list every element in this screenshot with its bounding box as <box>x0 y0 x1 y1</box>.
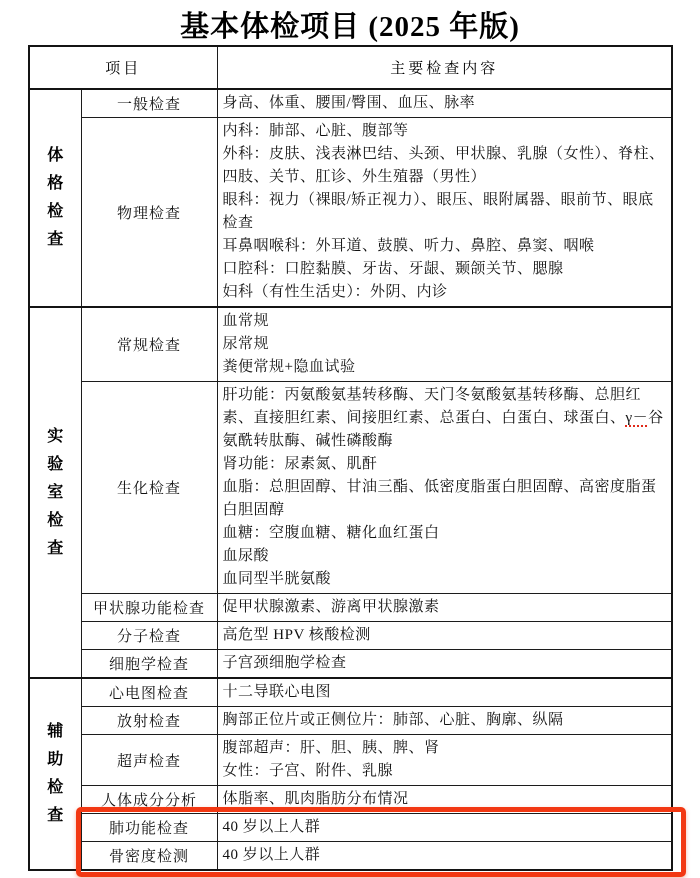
table-row: 分子检查 高危型 HPV 核酸检测 <box>29 622 672 650</box>
header-cell-content: 主要检查内容 <box>217 46 672 89</box>
table-row: 辅助检查 心电图检查 十二导联心电图 <box>29 678 672 707</box>
spellcheck-underline-gamma: γ－ <box>626 410 649 426</box>
content-ultrasound: 腹部超声：肝、胆、胰、脾、肾 女性：子宫、附件、乳腺 <box>217 735 672 786</box>
header-cell-item: 项目 <box>29 46 217 89</box>
row-label-ecg: 心电图检查 <box>81 678 217 707</box>
table-row: 肺功能检查 40 岁以上人群 <box>29 814 672 842</box>
content-thyroid-function: 促甲状腺激素、游离甲状腺激素 <box>217 594 672 622</box>
table-row: 细胞学检查 子宫颈细胞学检查 <box>29 650 672 679</box>
content-line: 外科：皮肤、浅表淋巴结、头颈、甲状腺、乳腺（女性）、脊柱、四肢、关节、肛诊、外生… <box>223 143 667 189</box>
content-line: 促甲状腺激素、游离甲状腺激素 <box>223 596 667 619</box>
row-label-pulmonary-function: 肺功能检查 <box>81 814 217 842</box>
content-line: 眼科：视力（裸眼/矫正视力）、眼压、眼附属器、眼前节、眼底检查 <box>223 189 667 235</box>
content-pulmonary-function: 40 岁以上人群 <box>217 814 672 842</box>
content-body-composition: 体脂率、肌肉脂肪分布情况 <box>217 786 672 814</box>
content-line: 女性：子宫、附件、乳腺 <box>223 760 667 783</box>
content-line: 妇科（有性生活史）：外阴、内诊 <box>223 281 667 304</box>
content-line-liver: 肝功能：丙氨酸氨基转移酶、天门冬氨酸氨基转移酶、总胆红素、直接胆红素、间接胆红素… <box>223 384 667 453</box>
content-line: 40 岁以上人群 <box>223 816 667 839</box>
row-label-ultrasound: 超声检查 <box>81 735 217 786</box>
content-cytology-test: 子宫颈细胞学检查 <box>217 650 672 679</box>
table-row: 骨密度检测 40 岁以上人群 <box>29 842 672 871</box>
content-line: 尿常规 <box>223 333 667 356</box>
content-line: 体脂率、肌肉脂肪分布情况 <box>223 788 667 811</box>
category-label: 辅助检查 <box>46 718 64 830</box>
row-label-thyroid-function: 甲状腺功能检查 <box>81 594 217 622</box>
content-line: 40 岁以上人群 <box>223 844 667 867</box>
content-line: 十二导联心电图 <box>223 681 667 704</box>
table-row: 超声检查 腹部超声：肝、胆、胰、脾、肾 女性：子宫、附件、乳腺 <box>29 735 672 786</box>
row-label-physical-check: 物理检查 <box>81 118 217 308</box>
content-line: 粪便常规+隐血试验 <box>223 356 667 379</box>
category-cell-laboratory: 实验室检查 <box>29 307 81 678</box>
page-title: 基本体检项目 (2025 年版) <box>0 4 700 45</box>
table-row: 甲状腺功能检查 促甲状腺激素、游离甲状腺激素 <box>29 594 672 622</box>
content-line: 胸部正位片或正侧位片：肺部、心脏、胸廓、纵隔 <box>223 709 667 732</box>
content-radiology: 胸部正位片或正侧位片：肺部、心脏、胸廓、纵隔 <box>217 707 672 735</box>
content-line: 身高、体重、腰围/臀围、血压、脉率 <box>223 92 667 115</box>
row-label-routine-tests: 常规检查 <box>81 307 217 382</box>
table-header-row: 项目 主要检查内容 <box>29 46 672 89</box>
table-row: 生化检查 肝功能：丙氨酸氨基转移酶、天门冬氨酸氨基转移酶、总胆红素、直接胆红素、… <box>29 382 672 594</box>
content-general-exam: 身高、体重、腰围/臀围、血压、脉率 <box>217 89 672 118</box>
category-cell-physical-exam: 体格检查 <box>29 89 81 307</box>
category-cell-auxiliary: 辅助检查 <box>29 678 81 870</box>
content-line: 血脂：总胆固醇、甘油三酯、低密度脂蛋白胆固醇、高密度脂蛋白胆固醇 <box>223 476 667 522</box>
table-row: 实验室检查 常规检查 血常规 尿常规 粪便常规+隐血试验 <box>29 307 672 382</box>
liver-pre-text: 肝功能：丙氨酸氨基转移酶、天门冬氨酸氨基转移酶、总胆红素、直接胆红素、间接胆红素… <box>223 387 642 426</box>
exam-table: 项目 主要检查内容 体格检查 一般检查 身高、体重、腰围/臀围、血压、脉率 物理… <box>28 45 673 871</box>
table-row: 放射检查 胸部正位片或正侧位片：肺部、心脏、胸廓、纵隔 <box>29 707 672 735</box>
content-line: 血同型半胱氨酸 <box>223 568 667 591</box>
row-label-radiology: 放射检查 <box>81 707 217 735</box>
content-line: 血常规 <box>223 310 667 333</box>
content-line: 口腔科：口腔黏膜、牙齿、牙龈、颞颌关节、腮腺 <box>223 258 667 281</box>
content-line: 肾功能：尿素氮、肌酐 <box>223 453 667 476</box>
content-line: 高危型 HPV 核酸检测 <box>223 624 667 647</box>
row-label-general-exam: 一般检查 <box>81 89 217 118</box>
content-physical-check: 内科：肺部、心脏、腹部等 外科：皮肤、浅表淋巴结、头颈、甲状腺、乳腺（女性）、脊… <box>217 118 672 308</box>
row-label-body-composition: 人体成分分析 <box>81 786 217 814</box>
table-row: 体格检查 一般检查 身高、体重、腰围/臀围、血压、脉率 <box>29 89 672 118</box>
row-label-cytology-test: 细胞学检查 <box>81 650 217 679</box>
content-line: 内科：肺部、心脏、腹部等 <box>223 120 667 143</box>
content-line: 血糖：空腹血糖、糖化血红蛋白 <box>223 522 667 545</box>
content-line: 子宫颈细胞学检查 <box>223 652 667 675</box>
content-routine-tests: 血常规 尿常规 粪便常规+隐血试验 <box>217 307 672 382</box>
table-row: 人体成分分析 体脂率、肌肉脂肪分布情况 <box>29 786 672 814</box>
content-bone-density: 40 岁以上人群 <box>217 842 672 871</box>
category-label: 实验室检查 <box>46 423 64 563</box>
content-line: 腹部超声：肝、胆、胰、脾、肾 <box>223 737 667 760</box>
row-label-bone-density: 骨密度检测 <box>81 842 217 871</box>
content-molecular-test: 高危型 HPV 核酸检测 <box>217 622 672 650</box>
table-row: 物理检查 内科：肺部、心脏、腹部等 外科：皮肤、浅表淋巴结、头颈、甲状腺、乳腺（… <box>29 118 672 308</box>
content-line: 耳鼻咽喉科：外耳道、鼓膜、听力、鼻腔、鼻窦、咽喉 <box>223 235 667 258</box>
row-label-biochemical-tests: 生化检查 <box>81 382 217 594</box>
page: 基本体检项目 (2025 年版) 项目 主要检查内容 体格检查 一般检查 身高、… <box>0 0 700 878</box>
row-label-molecular-test: 分子检查 <box>81 622 217 650</box>
content-ecg: 十二导联心电图 <box>217 678 672 707</box>
content-biochemical-tests: 肝功能：丙氨酸氨基转移酶、天门冬氨酸氨基转移酶、总胆红素、直接胆红素、间接胆红素… <box>217 382 672 594</box>
category-label: 体格检查 <box>46 142 64 254</box>
content-line: 血尿酸 <box>223 545 667 568</box>
